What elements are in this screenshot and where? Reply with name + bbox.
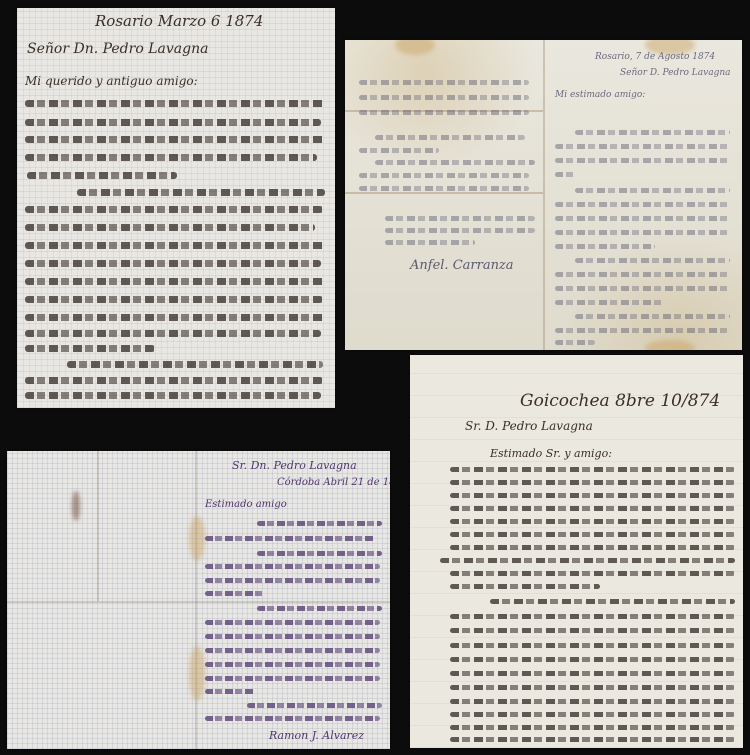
letter-opening: Estimado Sr. y amigo: xyxy=(490,447,612,460)
letter-goicochea-october: Goicochea 8bre 10/874 Sr. D. Pedro Lavag… xyxy=(410,355,743,748)
letter-opening: Mi querido y antiguo amigo: xyxy=(25,74,198,88)
letter-rosario-august: Rosario, 7 de Agosto 1874 Señor D. Pedro… xyxy=(345,40,742,350)
letter-signature: Anfel. Carranza xyxy=(410,258,514,273)
letter-salutation: Señor Dn. Pedro Lavagna xyxy=(27,41,208,57)
letter-cordoba-april: Sr. Dn. Pedro Lavagna Córdoba Abril 21 d… xyxy=(7,451,390,749)
letter-opening: Estimado amigo xyxy=(205,499,287,510)
letter-dateline: Córdoba Abril 21 de 1874 xyxy=(277,477,390,488)
letter-rosario-march: Rosario Marzo 6 1874 Señor Dn. Pedro Lav… xyxy=(17,8,335,408)
letter-salutation: Sr. Dn. Pedro Lavagna xyxy=(232,459,357,472)
letter-dateline: Goicochea 8bre 10/874 xyxy=(520,391,720,411)
letter-salutation: Sr. D. Pedro Lavagna xyxy=(465,419,593,433)
letter-dateline: Rosario Marzo 6 1874 xyxy=(95,12,263,30)
letter-signature: Ramon J. Alvarez xyxy=(269,729,364,742)
letter-opening: Mi estimado amigo: xyxy=(555,90,645,100)
letter-salutation: Señor D. Pedro Lavagna xyxy=(620,68,731,78)
letter-dateline: Rosario, 7 de Agosto 1874 xyxy=(595,52,715,62)
